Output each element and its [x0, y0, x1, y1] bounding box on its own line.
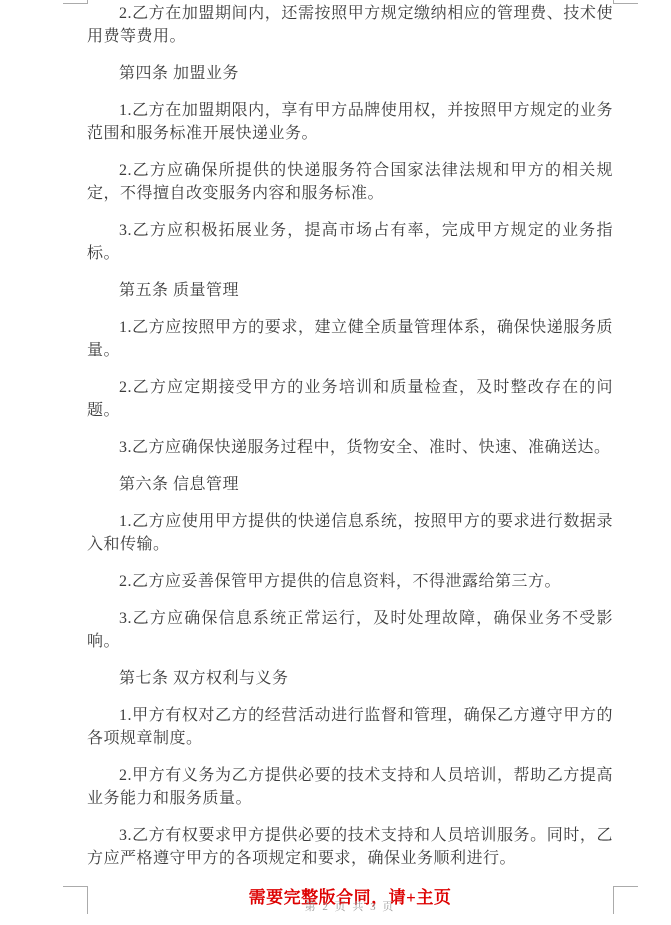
body-paragraph: 2.乙方在加盟期间内，还需按照甲方规定缴纳相应的管理费、技术使用费等费用。 [87, 2, 613, 48]
page-number-indicator: 第 2 页 共 3 页 [87, 898, 613, 914]
section-heading: 第六条 信息管理 [87, 473, 613, 496]
section-heading: 第五条 质量管理 [87, 279, 613, 302]
body-paragraph: 2.甲方有义务为乙方提供必要的技术支持和人员培训，帮助乙方提高业务能力和服务质量… [87, 764, 613, 810]
body-paragraph: 3.乙方应积极拓展业务，提高市场占有率，完成甲方规定的业务指标。 [87, 219, 613, 265]
section-heading: 第四条 加盟业务 [87, 62, 613, 85]
body-paragraph: 1.乙方应使用甲方提供的快递信息系统，按照甲方的要求进行数据录入和传输。 [87, 510, 613, 556]
text-boundary-mark-bottom-right [613, 886, 638, 914]
document-page: 2.乙方在加盟期间内，还需按照甲方规定缴纳相应的管理费、技术使用费等费用。第四条… [0, 0, 671, 925]
body-paragraph: 3.乙方应确保快递服务过程中，货物安全、准时、快速、准确送达。 [87, 436, 613, 459]
body-paragraph: 2.乙方应确保所提供的快递服务符合国家法律法规和甲方的相关规定，不得擅自改变服务… [87, 159, 613, 205]
text-boundary-mark-top-right [613, 0, 638, 4]
text-boundary-mark-top-left [63, 0, 88, 4]
body-paragraph: 3.乙方应确保信息系统正常运行，及时处理故障，确保业务不受影响。 [87, 607, 613, 653]
text-boundary-mark-bottom-left [63, 886, 88, 914]
body-paragraph: 3.乙方有权要求甲方提供必要的技术支持和人员培训服务。同时，乙方应严格遵守甲方的… [87, 824, 613, 870]
body-paragraph: 2.乙方应定期接受甲方的业务培训和质量检查，及时整改存在的问题。 [87, 376, 613, 422]
body-paragraph: 1.甲方有权对乙方的经营活动进行监督和管理，确保乙方遵守甲方的各项规章制度。 [87, 704, 613, 750]
section-heading: 第七条 双方权利与义务 [87, 667, 613, 690]
body-paragraph: 2.乙方应妥善保管甲方提供的信息资料，不得泄露给第三方。 [87, 570, 613, 593]
body-paragraph: 1.乙方应按照甲方的要求，建立健全质量管理体系，确保快递服务质量。 [87, 316, 613, 362]
body-paragraph: 1.乙方在加盟期限内，享有甲方品牌使用权，并按照甲方规定的业务范围和服务标准开展… [87, 99, 613, 145]
contract-body: 2.乙方在加盟期间内，还需按照甲方规定缴纳相应的管理费、技术使用费等费用。第四条… [87, 2, 613, 924]
